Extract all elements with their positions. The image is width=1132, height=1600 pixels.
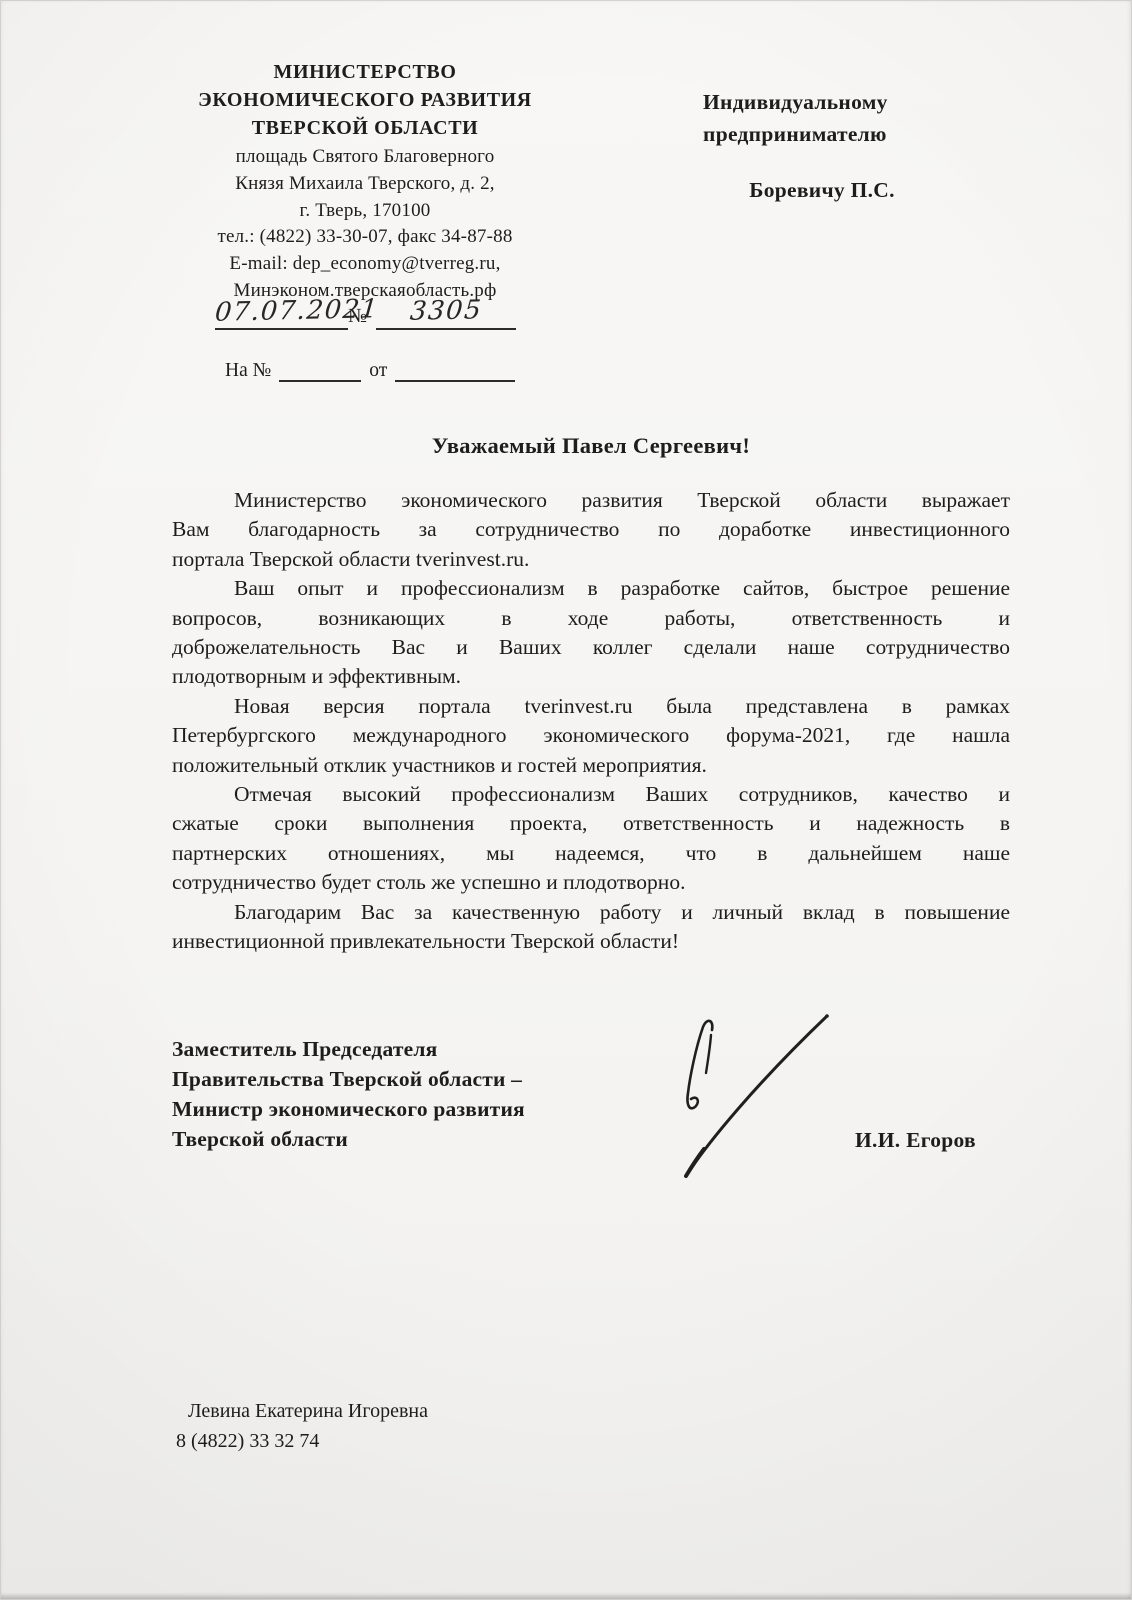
signer-title-block: Заместитель Председателя Правительства Т… [172, 1034, 652, 1154]
body-line: положительный отклик участников и гостей… [172, 751, 1010, 780]
outgoing-number-field: 3305 [376, 296, 516, 330]
body-line: вопросов, возникающих в ходе работы, отв… [172, 604, 1010, 633]
body-line: инвестиционной привлекательности Тверско… [172, 927, 1010, 956]
paragraph: Благодарим Вас за качественную работу и … [172, 898, 1010, 957]
signer-title-line: Заместитель Председателя [172, 1034, 652, 1064]
body-line: Благодарим Вас за качественную работу и … [172, 898, 1010, 927]
org-address-line: площадь Святого Благоверного [150, 144, 580, 171]
scanned-letter-page: МИНИСТЕРСТВО ЭКОНОМИЧЕСКОГО РАЗВИТИЯ ТВЕ… [0, 0, 1132, 1600]
org-email-line: E-mail: dep_economy@tverreg.ru, [150, 251, 580, 278]
body-line: Вам благодарность за сотрудничество по д… [172, 515, 1010, 544]
addressee-block: Индивидуальному предпринимателю Боревичу… [703, 86, 941, 206]
addressee-line: предпринимателю [703, 118, 941, 150]
reply-ref-prefix: На № [225, 360, 271, 381]
reply-ref-from: от [369, 360, 387, 381]
outgoing-date-field: 07.07.2021 [215, 296, 348, 330]
body-line: Отмечая высокий профессионализм Ваших со… [172, 780, 1010, 809]
handwritten-date: 07.07.2021 [214, 294, 380, 327]
handwritten-number: 3305 [409, 295, 484, 327]
body-line: доброжелательность Вас и Ваших коллег сд… [172, 633, 1010, 662]
paragraph: Министерство экономического развития Тве… [172, 486, 1010, 574]
paragraph: Новая версия портала tverinvest.ru была … [172, 692, 1010, 780]
org-name-line: МИНИСТЕРСТВО [150, 58, 580, 86]
body-line: Ваш опыт и профессионализм в разработке … [172, 574, 1010, 603]
reply-number-blank [279, 362, 361, 382]
body-line: сжатые сроки выполнения проекта, ответст… [172, 809, 1010, 838]
signer-title-line: Правительства Тверской области – [172, 1064, 652, 1094]
org-address-line: г. Тверь, 170100 [150, 198, 580, 225]
body-line: Петербургского международного экономичес… [172, 721, 1010, 750]
body-line: плодотворным и эффективным. [172, 662, 1010, 691]
executor-block: Левина Екатерина Игоревна 8 (4822) 33 32… [176, 1396, 428, 1456]
body-line: партнерских отношениях, мы надеемся, что… [172, 839, 1010, 868]
org-name-line: ТВЕРСКОЙ ОБЛАСТИ [150, 114, 580, 142]
body-line: Новая версия портала tverinvest.ru была … [172, 692, 1010, 721]
body-line: сотрудничество будет столь же успешно и … [172, 868, 1010, 897]
letter-body: Министерство экономического развития Тве… [172, 486, 1010, 957]
handwritten-signature [650, 980, 870, 1195]
body-line: портала Тверской области tverinvest.ru. [172, 545, 1010, 574]
paragraph: Ваш опыт и профессионализм в разработке … [172, 574, 1010, 692]
body-line: Министерство экономического развития Тве… [172, 486, 1010, 515]
reply-date-blank [395, 362, 515, 382]
org-name-line: ЭКОНОМИЧЕСКОГО РАЗВИТИЯ [150, 86, 580, 114]
paragraph: Отмечая высокий профессионализм Ваших со… [172, 780, 1010, 898]
org-address-line: Князя Михаила Тверского, д. 2, [150, 171, 580, 198]
signer-title-line: Тверской области [172, 1124, 652, 1154]
addressee-name: Боревичу П.С. [703, 174, 941, 206]
signer-name: И.И. Егоров [855, 1128, 976, 1153]
reply-ref-line: На №от [225, 360, 515, 382]
executor-phone: 8 (4822) 33 32 74 [176, 1426, 428, 1456]
org-phone-line: тел.: (4822) 33-30-07, факс 34-87-88 [150, 224, 580, 251]
signer-title-line: Министр экономического развития [172, 1094, 652, 1124]
outgoing-ref-line: 07.07.2021№3305 [215, 296, 516, 336]
addressee-line: Индивидуальному [703, 86, 941, 118]
salutation: Уважаемый Павел Сергеевич! [172, 433, 1010, 459]
executor-name: Левина Екатерина Игоревна [176, 1396, 428, 1426]
letterhead: МИНИСТЕРСТВО ЭКОНОМИЧЕСКОГО РАЗВИТИЯ ТВЕ… [150, 58, 580, 305]
